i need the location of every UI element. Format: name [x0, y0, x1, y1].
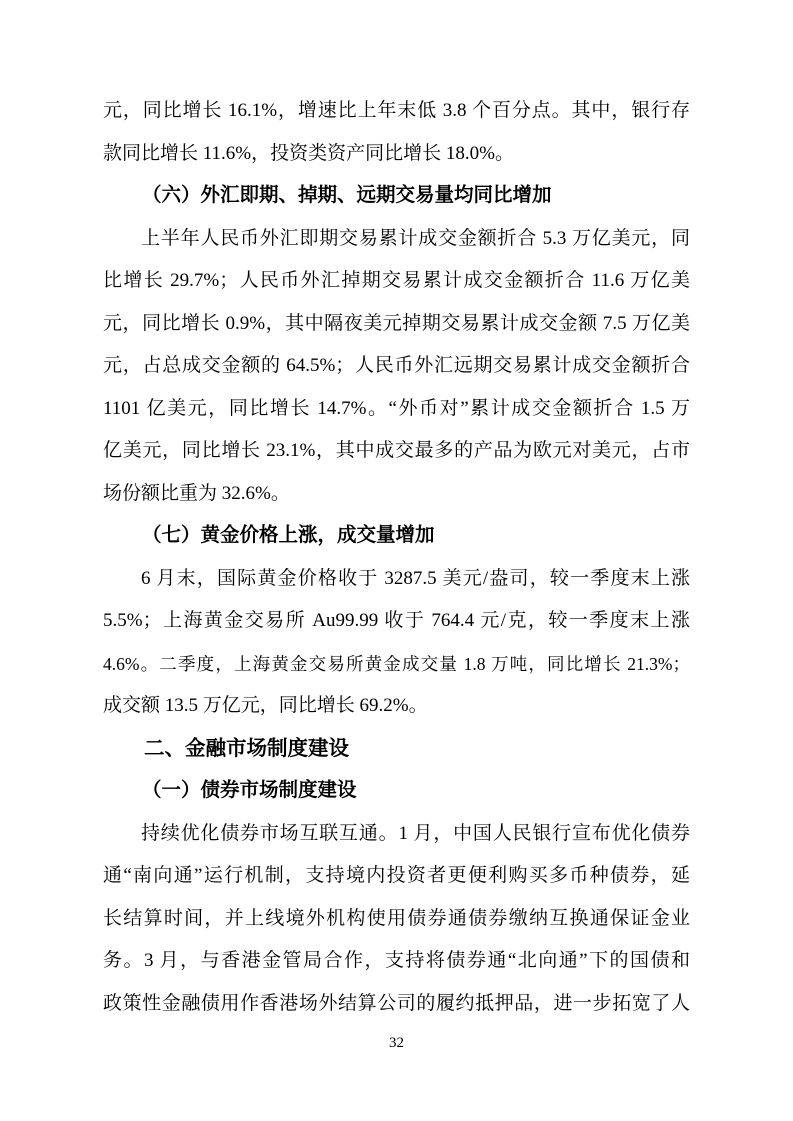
page-number: 32 [0, 1034, 793, 1052]
text-line: 元，占总成交金额的 64.5%；人民币外汇远期交易累计成交金额折合 [103, 345, 690, 388]
text-line: 4.6%。二季度，上海黄金交易所黄金成交量 1.8 万吨，同比增长 21.3%； [103, 643, 690, 686]
text-line: 上半年人民币外汇即期交易累计成交金额折合 5.3 万亿美元，同 [103, 218, 690, 261]
text-line: 成交额 13.5 万亿元，同比增长 69.2%。 [103, 685, 690, 728]
paragraph-gold-market: 6 月末，国际黄金价格收于 3287.5 美元/盎司，较一季度末上涨 5.5%；… [103, 558, 690, 728]
paragraph-bond-connect: 持续优化债券市场互联互通。1 月，中国人民银行宣布优化债券 通“南向通”运行机制… [103, 813, 690, 1026]
page-content: 元，同比增长 16.1%，增速比上年末低 3.8 个百分点。其中，银行存 款同比… [103, 90, 690, 1025]
paragraph-fx-trading: 上半年人民币外汇即期交易累计成交金额折合 5.3 万亿美元，同 比增长 29.7… [103, 218, 690, 516]
text-line: 持续优化债券市场互联互通。1 月，中国人民银行宣布优化债券 [103, 813, 690, 856]
text-line: 1101 亿美元，同比增长 14.7%。“外币对”累计成交金额折合 1.5 万 [103, 388, 690, 431]
text-line: 元，同比增长 0.9%，其中隔夜美元掉期交易累计成交金额 7.5 万亿美 [103, 303, 690, 346]
text-line: 长结算时间，并上线境外机构使用债券通债券缴纳互换通保证金业 [103, 898, 690, 941]
text-line: 亿美元，同比增长 23.1%，其中成交最多的产品为欧元对美元，占市 [103, 430, 690, 473]
text-line: 5.5%；上海黄金交易所 Au99.99 收于 764.4 元/克，较一季度末上… [103, 600, 690, 643]
document-page: 元，同比增长 16.1%，增速比上年末低 3.8 个百分点。其中，银行存 款同比… [0, 0, 793, 1121]
text-line: 场份额比重为 32.6%。 [103, 473, 690, 516]
heading-section-2-market-institutions: 二、金融市场制度建设 [103, 728, 690, 771]
text-line: 6 月末，国际黄金价格收于 3287.5 美元/盎司，较一季度末上涨 [103, 558, 690, 601]
text-line: 政策性金融债用作香港场外结算公司的履约抵押品，进一步拓宽了人 [103, 983, 690, 1026]
heading-subsection-1-bond-market: （一）债券市场制度建设 [103, 770, 690, 813]
text-line: 元，同比增长 16.1%，增速比上年末低 3.8 个百分点。其中，银行存 [103, 90, 690, 133]
text-line: 款同比增长 11.6%，投资类资产同比增长 18.0%。 [103, 133, 690, 176]
heading-subsection-6-fx-trading: （六）外汇即期、掉期、远期交易量均同比增加 [103, 175, 690, 218]
text-line: 比增长 29.7%；人民币外汇掉期交易累计成交金额折合 11.6 万亿美 [103, 260, 690, 303]
paragraph-carryover-deposits: 元，同比增长 16.1%，增速比上年末低 3.8 个百分点。其中，银行存 款同比… [103, 90, 690, 175]
text-line: 通“南向通”运行机制，支持境内投资者更便利购买多币种债券，延 [103, 855, 690, 898]
text-line: 务。3 月，与香港金管局合作，支持将债券通“北向通”下的国债和 [103, 940, 690, 983]
heading-subsection-7-gold: （七）黄金价格上涨，成交量增加 [103, 515, 690, 558]
